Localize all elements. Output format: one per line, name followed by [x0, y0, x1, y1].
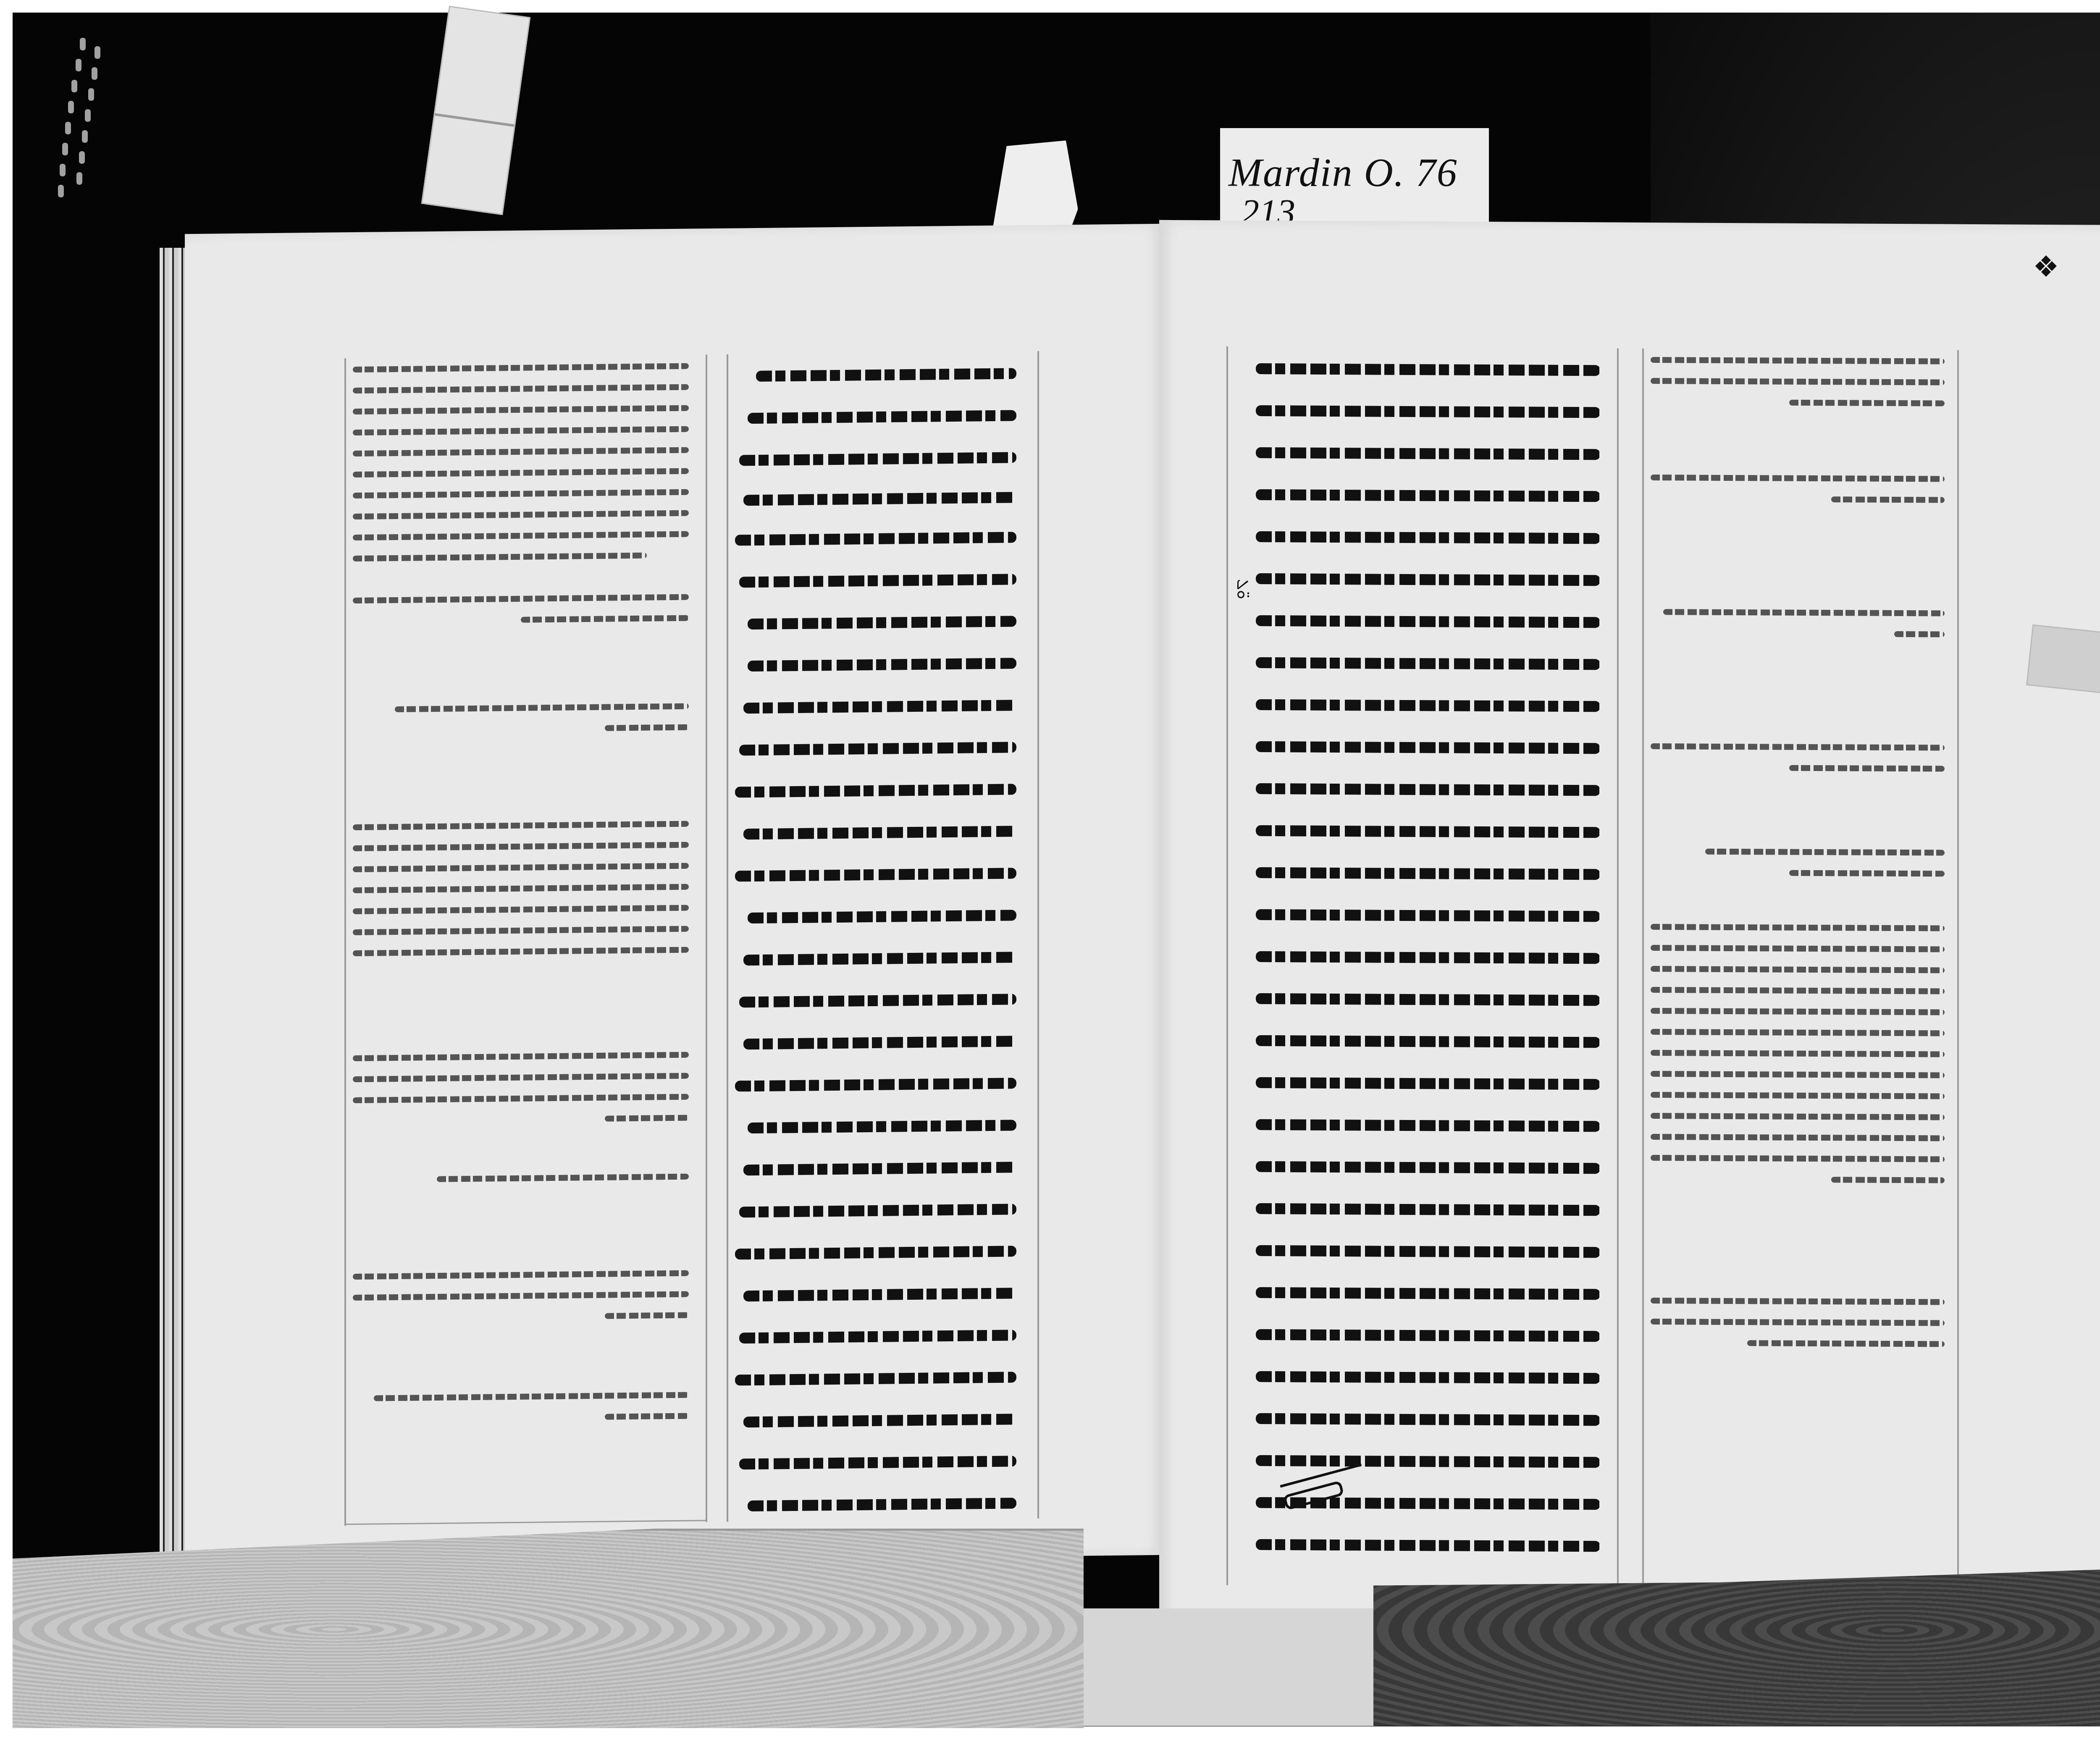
stitch: [68, 101, 74, 113]
stitch: [76, 59, 81, 71]
stitch: [80, 38, 86, 50]
stitch: [82, 130, 88, 143]
right-book-cover: [1373, 1566, 2100, 1726]
stitch: [79, 151, 85, 164]
column-rule: [344, 358, 346, 1526]
column-rule: [706, 354, 707, 1522]
column-rule: [727, 354, 728, 1522]
column-rule: [1957, 350, 1959, 1589]
margin-note: ܘ̈ܠ: [1233, 579, 1252, 599]
column-rule: [1617, 349, 1619, 1587]
column-rule: [1226, 346, 1228, 1585]
stitch: [58, 185, 64, 197]
table-surface: [1050, 1608, 1386, 1726]
column-rule: [1642, 349, 1644, 1587]
stitch: [62, 143, 68, 155]
quatrefoil-ornament: ❖: [2033, 252, 2059, 281]
stitch: [65, 122, 71, 134]
left-page: [185, 224, 1163, 1565]
column-rule: [1037, 351, 1039, 1519]
stitch: [94, 46, 100, 59]
shelfmark-label: Mardin O. 76 213: [1220, 128, 1489, 225]
stitch: [76, 172, 82, 185]
stitch: [92, 67, 97, 80]
right-page: [1159, 220, 2100, 1636]
shelfmark-line1: Mardin O. 76: [1228, 149, 1458, 196]
stitch: [71, 80, 77, 92]
stitch: [60, 164, 66, 176]
left-book-cover: [13, 1529, 1084, 1728]
stitch: [88, 88, 94, 101]
bottom-rule: [344, 1520, 706, 1525]
stitch: [85, 109, 91, 122]
